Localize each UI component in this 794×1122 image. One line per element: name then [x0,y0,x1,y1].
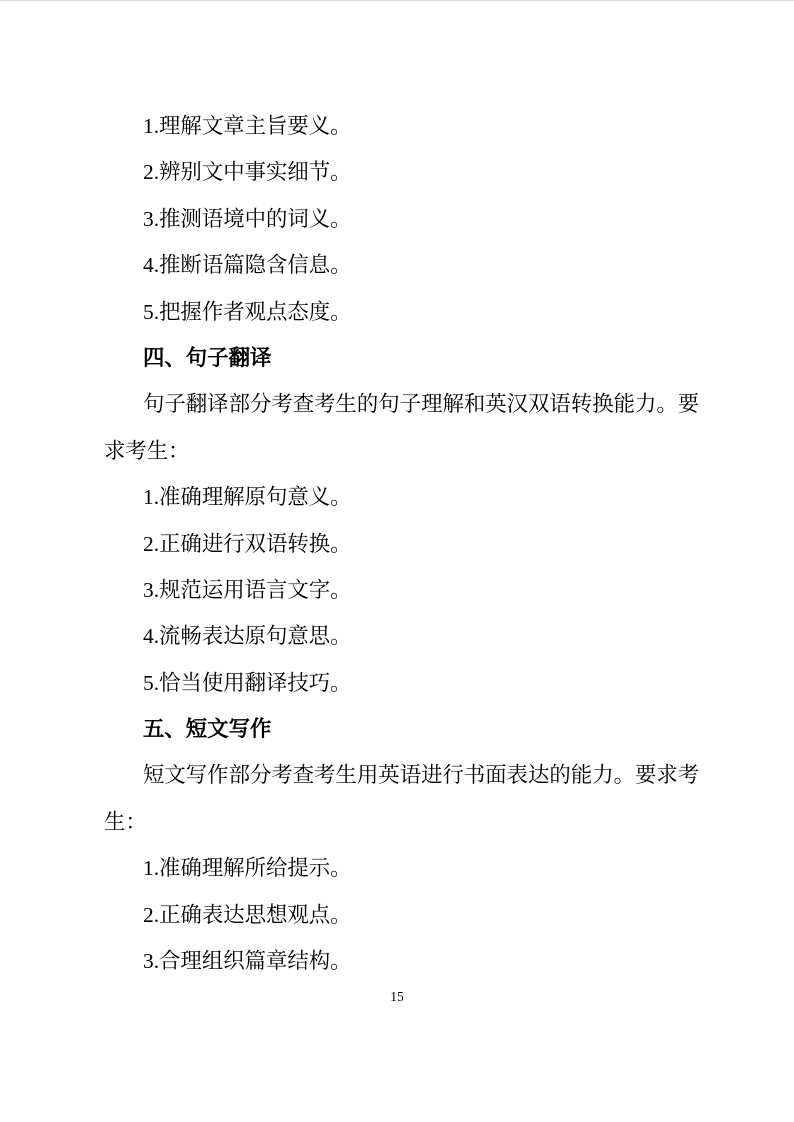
list-item: 3.推测语境中的词义。 [104,196,705,242]
document-body: 1.理解文章主旨要义。 2.辨别文中事实细节。 3.推测语境中的词义。 4.推断… [104,103,705,984]
document-page: 1.理解文章主旨要义。 2.辨别文中事实细节。 3.推测语境中的词义。 4.推断… [0,0,794,1122]
list-item: 2.辨别文中事实细节。 [104,149,705,195]
paragraph-line: 短文写作部分考查考生用英语进行书面表达的能力。要求考 [104,752,705,798]
paragraph-line: 求考生： [104,428,705,474]
list-item: 2.正确进行双语转换。 [104,521,705,567]
list-item: 1.准确理解所给提示。 [104,845,705,891]
page-top-border [0,0,794,1]
list-item: 5.恰当使用翻译技巧。 [104,660,705,706]
list-item: 3.规范运用语言文字。 [104,567,705,613]
page-number: 15 [0,988,794,1006]
list-item: 4.推断语篇隐含信息。 [104,242,705,288]
list-item: 1.准确理解原句意义。 [104,474,705,520]
section-heading-writing: 五、短文写作 [104,706,705,752]
list-item: 2.正确表达思想观点。 [104,892,705,938]
section-heading-translation: 四、句子翻译 [104,335,705,381]
list-item: 5.把握作者观点态度。 [104,289,705,335]
list-item: 4.流畅表达原句意思。 [104,613,705,659]
paragraph-line: 句子翻译部分考查考生的句子理解和英汉双语转换能力。要 [104,381,705,427]
list-item: 1.理解文章主旨要义。 [104,103,705,149]
paragraph-line: 生： [104,799,705,845]
list-item: 3.合理组织篇章结构。 [104,938,705,984]
